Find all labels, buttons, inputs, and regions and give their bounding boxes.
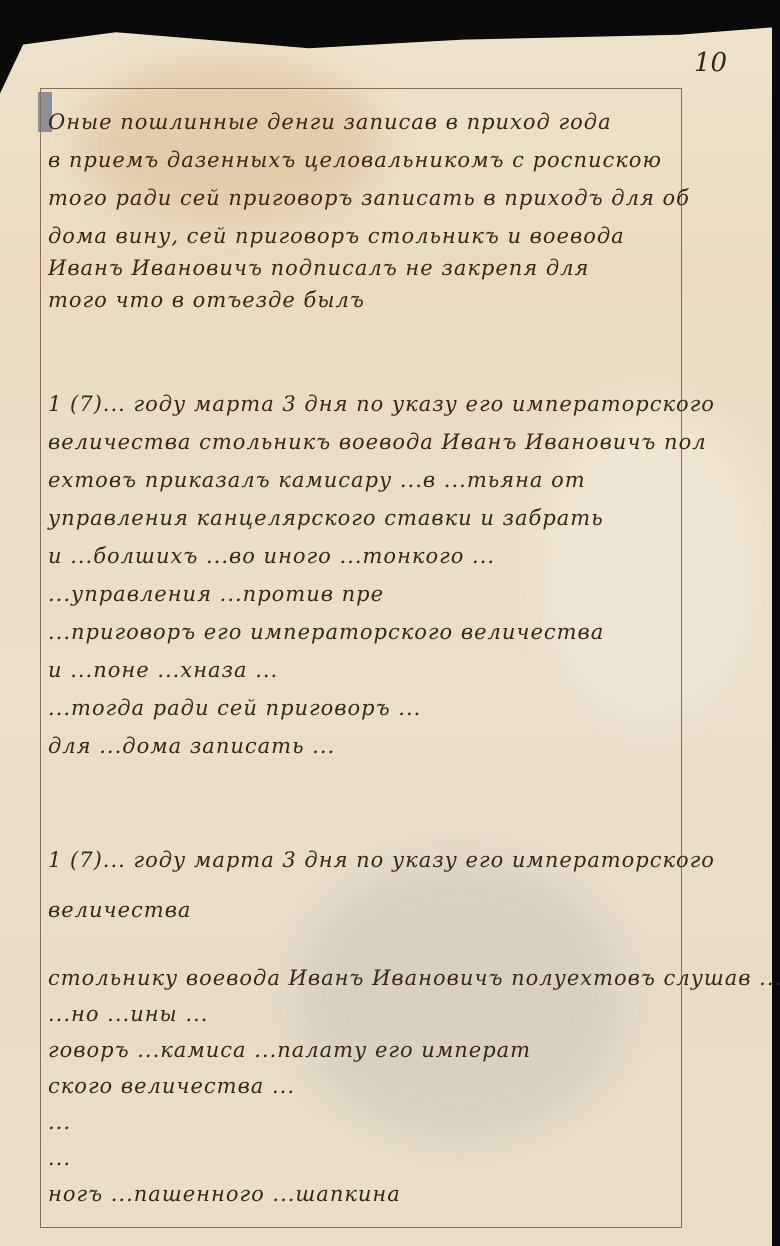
manuscript-line: управления канцелярского ставки и забрат… <box>48 506 688 530</box>
manuscript-line: и ...поне ...хназа ... <box>48 658 688 682</box>
manuscript-line: говоръ ...камиса ...палату его императ <box>48 1038 688 1062</box>
manuscript-line: для ...дома записать ... <box>48 734 688 758</box>
manuscript-line: того ради сей приговоръ записать в прихо… <box>48 186 688 210</box>
manuscript-line: ... <box>48 1146 688 1170</box>
manuscript-line: и ...болшихъ ...во иного ...тонкого ... <box>48 544 688 568</box>
manuscript-line: ...управления ...против пре <box>48 582 688 606</box>
manuscript-line: 1 (7)... году марта 3 дня по указу его и… <box>48 392 688 416</box>
manuscript-line: дома вину, сей приговоръ стольникъ и вое… <box>48 224 688 248</box>
manuscript-line: ... <box>48 1110 688 1134</box>
manuscript-line: ехтовъ приказалъ камисару ...в ...тьяна … <box>48 468 688 492</box>
manuscript-line: ...тогда ради сей приговоръ ... <box>48 696 688 720</box>
manuscript-line: в приемъ дазенныхъ целовальникомъ с росп… <box>48 148 688 172</box>
manuscript-line: величества <box>48 898 688 922</box>
manuscript-line: величества стольникъ воевода Иванъ Ивано… <box>48 430 688 454</box>
manuscript-line: того что в отъезде былъ <box>48 288 688 312</box>
manuscript-line: 1 (7)... году марта 3 дня по указу его и… <box>48 848 688 872</box>
folio-number: 10 <box>694 48 727 78</box>
manuscript-line: ского величества ... <box>48 1074 688 1098</box>
manuscript-line: ногъ ...пашенного ...шапкина <box>48 1182 688 1206</box>
manuscript-line: Иванъ Ивановичъ подписалъ не закрепя для <box>48 256 688 280</box>
manuscript-line: Оные пошлинные денги записав в приход го… <box>48 110 688 134</box>
manuscript-line: стольнику воевода Иванъ Ивановичъ полуех… <box>48 966 688 990</box>
manuscript-line: ...но ...ины ... <box>48 1002 688 1026</box>
manuscript-line: ...приговоръ его императорского величест… <box>48 620 688 644</box>
